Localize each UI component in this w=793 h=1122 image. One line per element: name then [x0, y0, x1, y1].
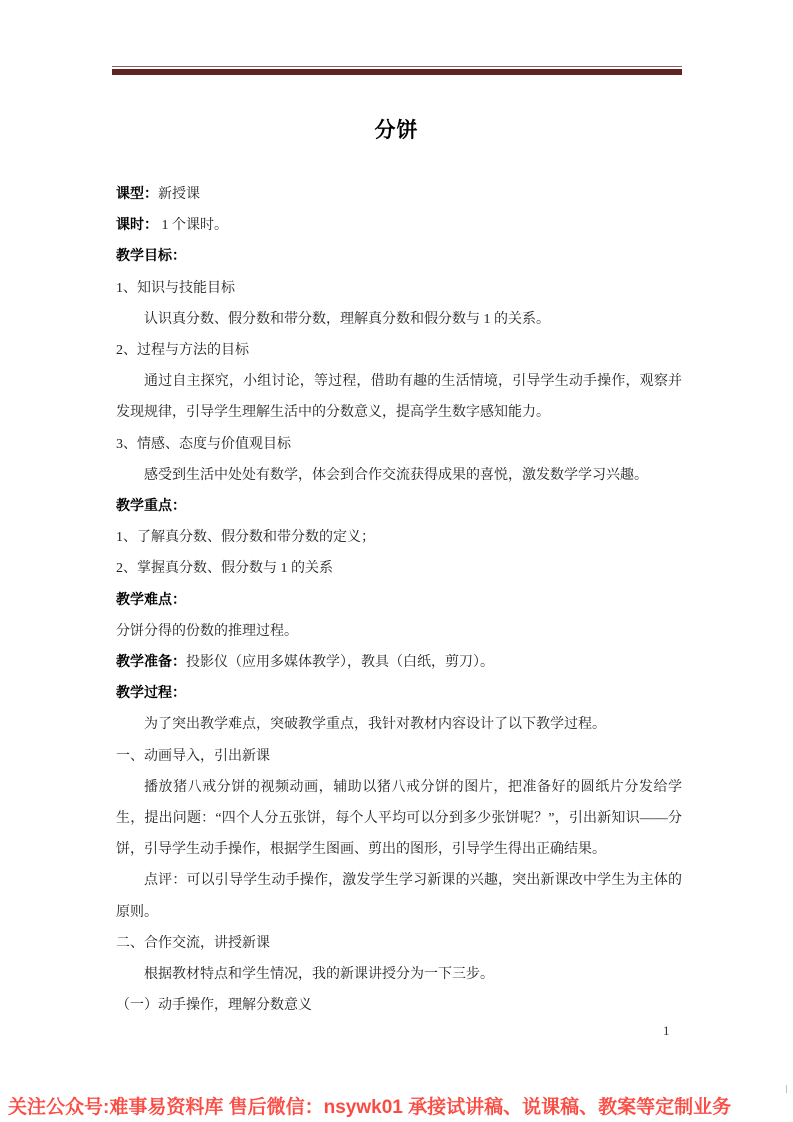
paragraph: 根据教材特点和学生情况，我的新课讲授分为一下三步。 [116, 959, 682, 990]
promo-footer-banner: 关注公众号:难事易资料库 售后微信：nsywk01 承接试讲稿、说课稿、教案等定… [0, 1093, 793, 1122]
paragraph: 一、动画导入，引出新课 [116, 741, 682, 772]
paragraph: 教学难点： [116, 585, 682, 616]
paragraph: 播放猪八戒分饼的视频动画，辅助以猪八戒分饼的图片，把准备好的圆纸片分发给学生，提… [116, 772, 682, 866]
paragraph: 教学目标： [116, 241, 682, 272]
header-rule [112, 66, 682, 75]
paragraph: 1、了解真分数、假分数和带分数的定义； [116, 522, 682, 553]
paragraph: 为了突出教学难点，突破教学重点，我针对教材内容设计了以下教学过程。 [116, 709, 682, 740]
paragraph: 教学重点： [116, 491, 682, 522]
paragraph: 通过自主探究，小组讨论，等过程，借助有趣的生活情境，引导学生动手操作，观察并发现… [116, 366, 682, 428]
paragraph: 2、掌握真分数、假分数与 1 的关系 [116, 553, 682, 584]
header-rule-thick-line [112, 69, 682, 75]
paragraph: 1、知识与技能目标 [116, 273, 682, 304]
paragraph: 教学过程： [116, 678, 682, 709]
paragraph-label: 课型： [116, 187, 158, 202]
paragraph-label: 课时： [116, 218, 158, 233]
paragraph: 课型：新授课 [116, 179, 682, 210]
document-page: 分饼 课型：新授课课时： 1 个课时。教学目标：1、知识与技能目标认识真分数、假… [0, 0, 793, 1122]
paragraph: 认识真分数、假分数和带分数，理解真分数和假分数与 1 的关系。 [116, 304, 682, 335]
paragraph: 点评：可以引导学生动手操作，激发学生学习新课的兴趣，突出新课改中学生为主体的原则… [116, 865, 682, 927]
page-title: 分饼 [0, 114, 793, 144]
paragraph: 二、合作交流，讲授新课 [116, 928, 682, 959]
paragraph-label: 教学准备： [116, 655, 186, 670]
page-number: 1 [663, 1023, 670, 1039]
paragraph: 分饼分得的份数的推理过程。 [116, 616, 682, 647]
document-body: 课型：新授课课时： 1 个课时。教学目标：1、知识与技能目标认识真分数、假分数和… [116, 179, 682, 1021]
paragraph: 2、过程与方法的目标 [116, 335, 682, 366]
paragraph: 3、情感、态度与价值观目标 [116, 429, 682, 460]
paragraph: 教学准备：投影仪（应用多媒体教学），教具（白纸，剪刀）。 [116, 647, 682, 678]
paragraph: 课时： 1 个课时。 [116, 210, 682, 241]
paragraph: （一）动手操作，理解分数意义 [116, 990, 682, 1021]
paragraph: 感受到生活中处处有数学，体会到合作交流获得成果的喜悦，激发数学学习兴趣。 [116, 460, 682, 491]
